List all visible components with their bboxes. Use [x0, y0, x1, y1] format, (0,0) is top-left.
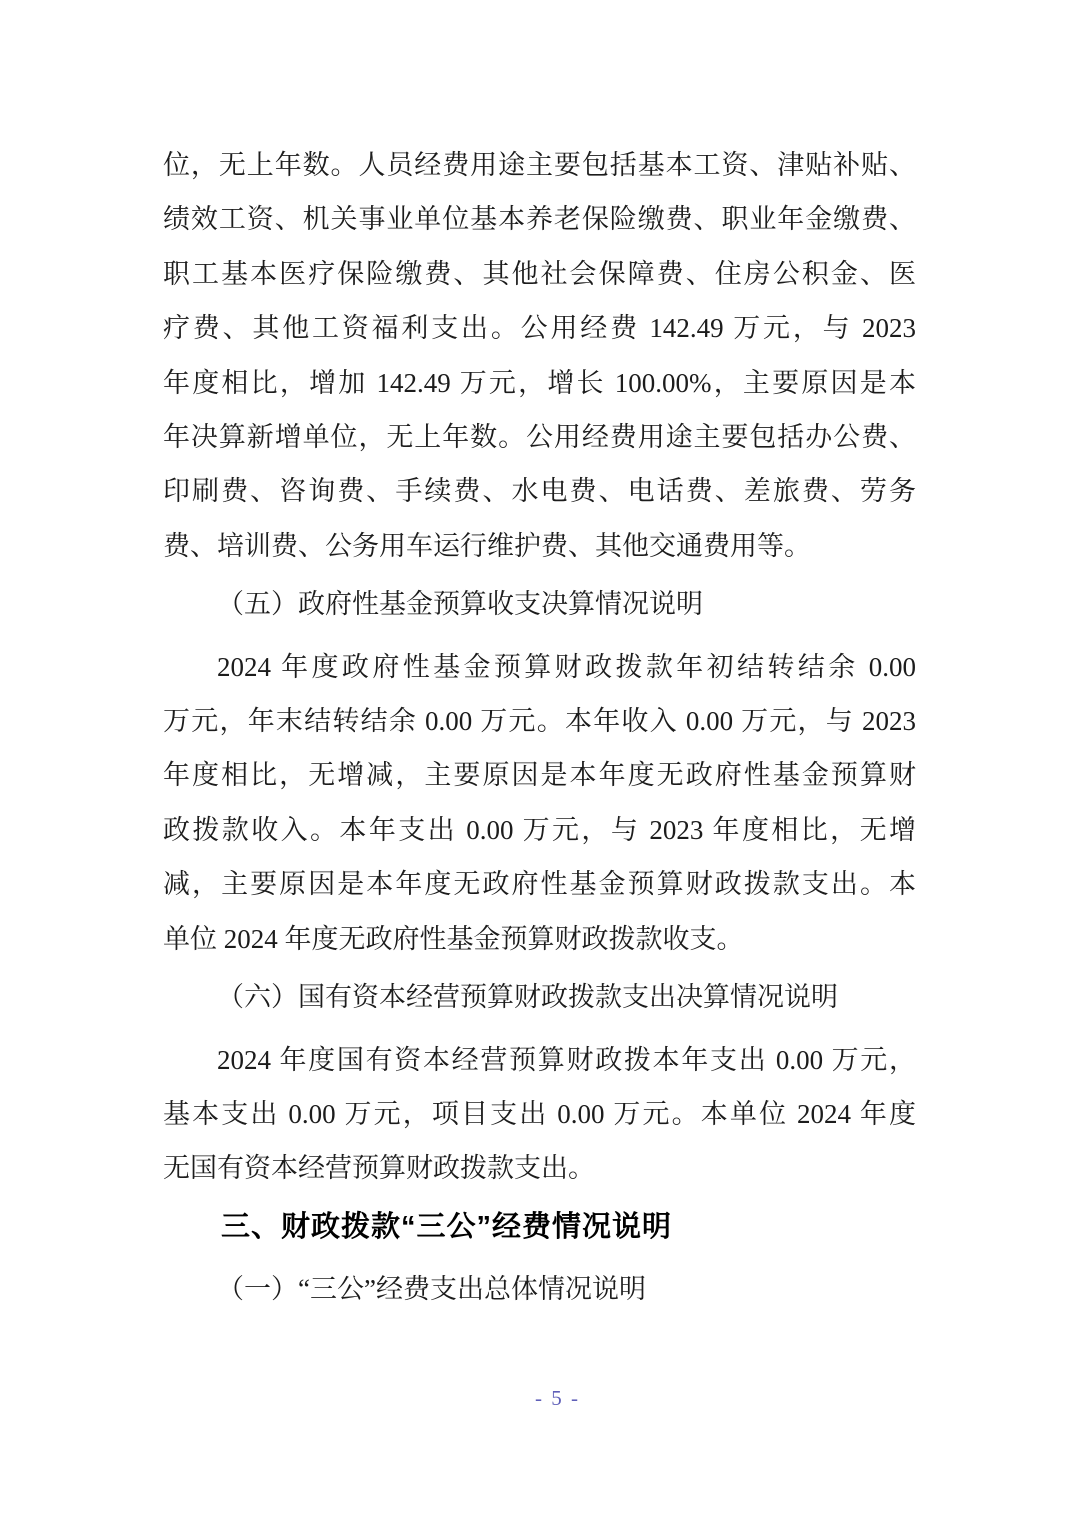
document-page: 位，无上年数。人员经费用途主要包括基本工资、津贴补贴、 绩效工资、机关事业单位基… [0, 0, 1075, 1520]
text-line: 疗费、其他工资福利支出。公用经费 142.49 万元，与 2023 [163, 301, 916, 355]
text-line: 政拨款收入。本年支出 0.00 万元，与 2023 年度相比，无增 [163, 803, 916, 857]
text-line: 减，主要原因是本年度无政府性基金预算财政拨款支出。本 [163, 857, 916, 911]
text-line: 单位 2024 年度无政府性基金预算财政拨款收支。 [163, 912, 916, 966]
text-line: 基本支出 0.00 万元，项目支出 0.00 万元。本单位 2024 年度 [163, 1087, 916, 1141]
text-line: 2024 年度政府性基金预算财政拨款年初结转结余 0.00 [163, 640, 916, 694]
text-line: 职工基本医疗保险缴费、其他社会保障费、住房公积金、医 [163, 247, 916, 301]
section-heading-3-main: 三、财政拨款“三公”经费情况说明 [163, 1200, 916, 1254]
text-line: 2024 年度国有资本经营预算财政拨本年支出 0.00 万元， [163, 1033, 916, 1087]
text-line: 年度相比，增加 142.49 万元，增长 100.00%，主要原因是本 [163, 356, 916, 410]
text-line: 费、培训费、公务用车运行维护费、其他交通费用等。 [163, 519, 916, 573]
text-line: 印刷费、咨询费、手续费、水电费、电话费、差旅费、劳务 [163, 464, 916, 518]
text-line: 无国有资本经营预算财政拨款支出。 [163, 1141, 916, 1195]
subsection-heading-3-1: （一）“三公”经费支出总体情况说明 [163, 1262, 916, 1316]
text-line: 年决算新增单位，无上年数。公用经费用途主要包括办公费、 [163, 410, 916, 464]
section-heading-6: （六）国有资本经营预算财政拨款支出决算情况说明 [163, 970, 916, 1024]
page-number: - 5 - [535, 1386, 580, 1410]
text-line: 年度相比，无增减，主要原因是本年度无政府性基金预算财 [163, 748, 916, 802]
text-line: 万元，年末结转结余 0.00 万元。本年收入 0.00 万元，与 2023 [163, 694, 916, 748]
text-line: 绩效工资、机关事业单位基本养老保险缴费、职业年金缴费、 [163, 192, 916, 246]
page-footer: - 5 - [0, 1386, 1075, 1411]
section-heading-5: （五）政府性基金预算收支决算情况说明 [163, 577, 916, 631]
text-line: 位，无上年数。人员经费用途主要包括基本工资、津贴补贴、 [163, 138, 916, 192]
document-body: 位，无上年数。人员经费用途主要包括基本工资、津贴补贴、 绩效工资、机关事业单位基… [163, 138, 916, 1325]
